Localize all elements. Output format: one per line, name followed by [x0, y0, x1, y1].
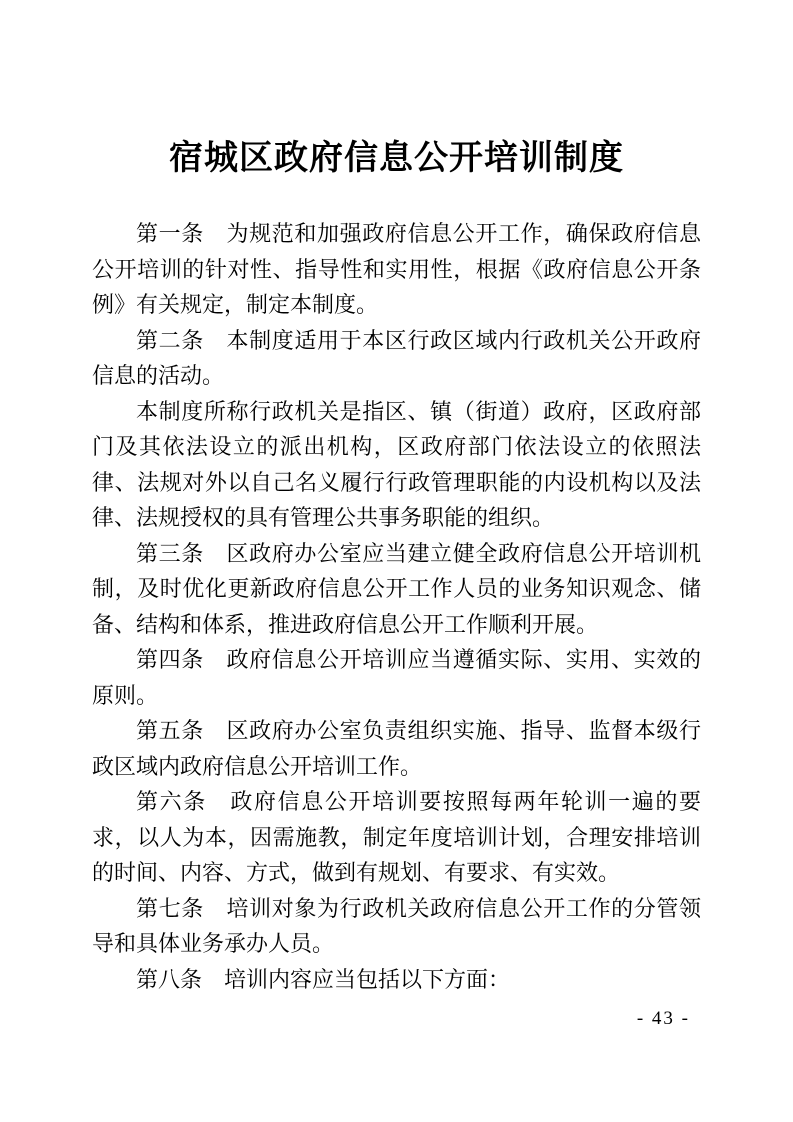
paragraph: 第七条 培训对象为行政机关政府信息公开工作的分管领导和具体业务承办人员。: [92, 891, 701, 962]
document-page: 宿城区政府信息公开培训制度 第一条 为规范和加强政府信息公开工作，确保政府信息公…: [0, 0, 793, 1122]
paragraph: 第二条 本制度适用于本区行政区域内行政机关公开政府信息的活动。: [92, 323, 701, 394]
paragraph: 第四条 政府信息公开培训应当遵循实际、实用、实效的原则。: [92, 642, 701, 713]
paragraph: 本制度所称行政机关是指区、镇（街道）政府，区政府部门及其依法设立的派出机构，区政…: [92, 394, 701, 536]
paragraph: 第五条 区政府办公室负责组织实施、指导、监督本级行政区域内政府信息公开培训工作。: [92, 713, 701, 784]
paragraph: 第一条 为规范和加强政府信息公开工作，确保政府信息公开培训的针对性、指导性和实用…: [92, 216, 701, 323]
document-title: 宿城区政府信息公开培训制度: [92, 138, 701, 179]
paragraph: 第六条 政府信息公开培训要按照每两年轮训一遍的要求，以人为本，因需施教，制定年度…: [92, 784, 701, 891]
paragraph: 第八条 培训内容应当包括以下方面：: [92, 962, 701, 998]
page-number: - 43 -: [637, 1008, 690, 1030]
document-body: 第一条 为规范和加强政府信息公开工作，确保政府信息公开培训的针对性、指导性和实用…: [92, 216, 701, 997]
paragraph: 第三条 区政府办公室应当建立健全政府信息公开培训机制，及时优化更新政府信息公开工…: [92, 536, 701, 643]
